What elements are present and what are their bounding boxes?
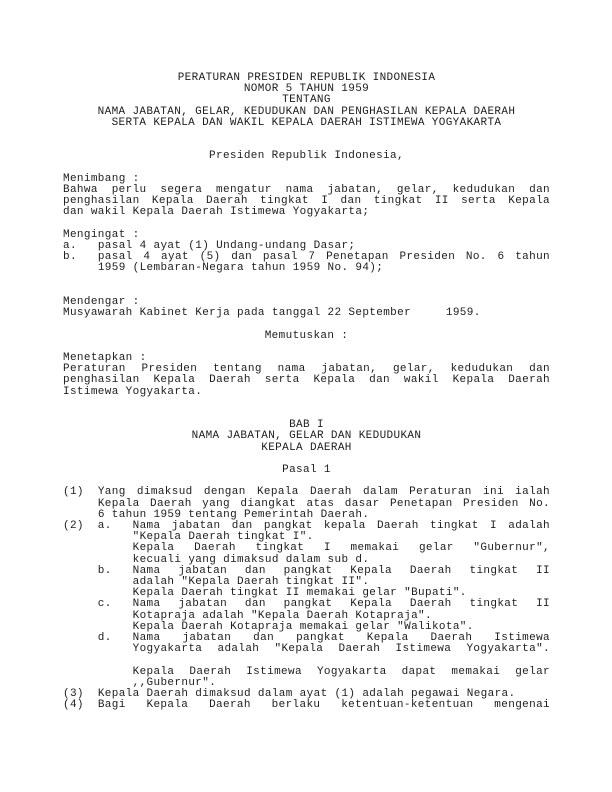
line-prefix: (4) <box>63 700 98 711</box>
line-text: Istimewa Yogyakarta. <box>63 387 550 398</box>
line-text: NAMA JABATAN, GELAR DAN KEDUDUKAN <box>63 431 550 442</box>
line-text: Kepala Daerah tingkat I memakai gelar "G… <box>133 543 550 554</box>
line-prefix <box>63 263 98 274</box>
line-prefix: (1) <box>63 487 98 498</box>
doc-line: penghasilan Kepala Daerah serta Kepala d… <box>63 375 550 386</box>
doc-line: Yogyakarta adalah "Kepala Daerah Istimew… <box>63 644 550 655</box>
doc-line: Istimewa Yogyakarta. <box>63 387 550 398</box>
line-text: Nama jabatan dan pangkat Kepala Daerah t… <box>133 599 550 610</box>
chapter-subheading-1: NAMA JABATAN, GELAR DAN KEDUDUKAN <box>63 431 550 442</box>
line-text: Yang dimaksud dengan Kepala Daerah dalam… <box>98 487 550 498</box>
chapter-subheading-2: KEPALA DAERAH <box>63 443 550 454</box>
doc-line: dan wakil Kepala Daerah Istimewa Yogyaka… <box>63 207 550 218</box>
line-text: Presiden Republik Indonesia, <box>63 151 550 162</box>
line-text: Memutuskan : <box>63 331 550 342</box>
line-text: penghasilan Kepala Daerah serta Kepala d… <box>63 375 550 386</box>
doc-subject-line-2: SERTA KEPALA DAN WAKIL KEPALA DAERAH IST… <box>63 118 550 129</box>
doc-line: c. Nama jabatan dan pangkat Kepala Daera… <box>63 599 550 610</box>
line-text: dan wakil Kepala Daerah Istimewa Yogyaka… <box>63 207 550 218</box>
doc-line: Musyawarah Kabinet Kerja pada tanggal 22… <box>63 308 550 319</box>
section-memutuskan: Memutuskan : <box>63 331 550 342</box>
line-text: 1959 (Lembaran-Negara tahun 1959 No. 94)… <box>98 263 550 274</box>
doc-tentang: TENTANG <box>63 95 550 106</box>
doc-line: Kepala Daerah tingkat I memakai gelar "G… <box>63 543 550 554</box>
line-text: Bagi Kepala Daerah berlaku ketentuan-ket… <box>98 700 550 711</box>
line-prefix <box>63 543 133 554</box>
line-text: SERTA KEPALA DAN WAKIL KEPALA DAERAH IST… <box>63 118 550 129</box>
line-prefix: c. <box>63 599 133 610</box>
doc-line: (1) Yang dimaksud dengan Kepala Daerah d… <box>63 487 550 498</box>
article-heading: Pasal 1 <box>63 465 550 476</box>
doc-authority: Presiden Republik Indonesia, <box>63 151 550 162</box>
line-text: Musyawarah Kabinet Kerja pada tanggal 22… <box>63 308 550 319</box>
line-text: Yogyakarta adalah "Kepala Daerah Istimew… <box>133 644 550 655</box>
line-text: Pasal 1 <box>63 465 550 476</box>
page: PERATURAN PRESIDEN REPUBLIK INDONESIANOM… <box>0 0 612 792</box>
document-body: PERATURAN PRESIDEN REPUBLIK INDONESIANOM… <box>63 73 550 711</box>
doc-line: 1959 (Lembaran-Negara tahun 1959 No. 94)… <box>63 263 550 274</box>
doc-line: (4) Bagi Kepala Daerah berlaku ketentuan… <box>63 700 550 711</box>
line-prefix <box>63 644 133 655</box>
line-text: KEPALA DAERAH <box>63 443 550 454</box>
line-text: TENTANG <box>63 95 550 106</box>
